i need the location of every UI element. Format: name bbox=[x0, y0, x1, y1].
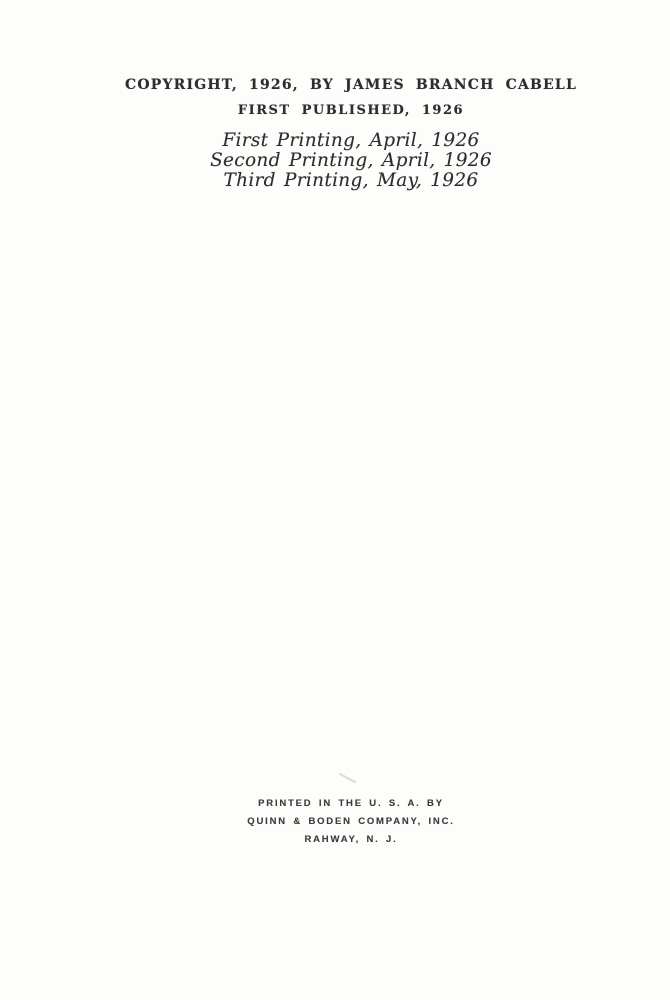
printer-imprint-line: QUINN & BODEN COMPANY, INC. bbox=[36, 813, 666, 831]
printing-history-line: Second Printing, April, 1926 bbox=[36, 151, 666, 171]
book-copyright-page: COPYRIGHT, 1926, BY JAMES BRANCH CABELL … bbox=[0, 0, 670, 1000]
printer-imprint-line: PRINTED IN THE U. S. A. BY bbox=[36, 795, 666, 813]
printing-history-line: First Printing, April, 1926 bbox=[36, 131, 666, 151]
copyright-notice: COPYRIGHT, 1926, BY JAMES BRANCH CABELL bbox=[36, 77, 666, 93]
printer-imprint-line: RAHWAY, N. J. bbox=[36, 831, 666, 849]
first-published-line: FIRST PUBLISHED, 1926 bbox=[36, 103, 666, 118]
printing-history-line: Third Printing, May, 1926 bbox=[36, 171, 666, 191]
printing-history: First Printing, April, 1926 Second Print… bbox=[36, 131, 666, 191]
printer-imprint: PRINTED IN THE U. S. A. BY QUINN & BODEN… bbox=[36, 795, 666, 849]
scan-artifact-mark bbox=[339, 773, 356, 783]
